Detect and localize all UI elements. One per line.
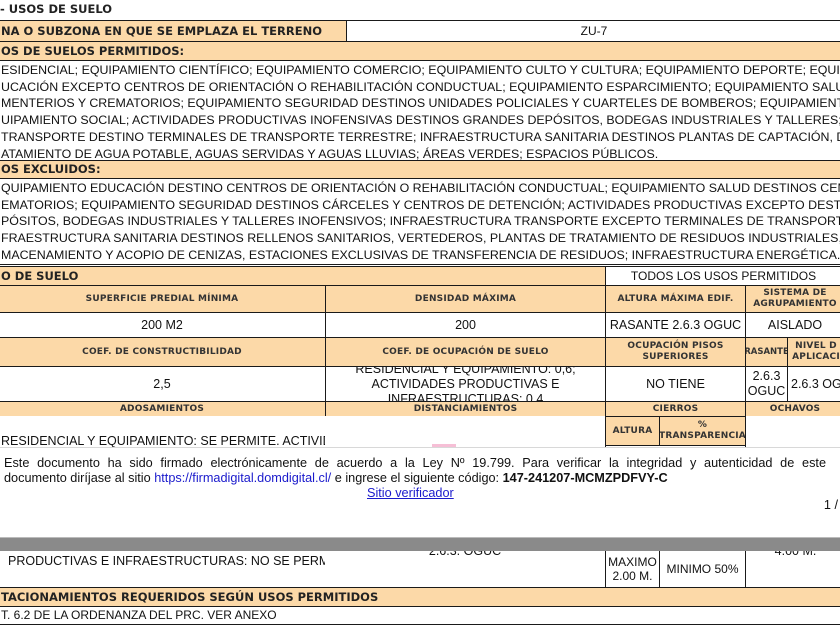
zone-label-cell: NA O SUBZONA EN QUE SE EMPLAZA EL TERREN… (0, 20, 347, 42)
header-ochavos: OCHAVOS (745, 401, 840, 417)
value-cierros-transparencia: MINIMO 50% (659, 551, 746, 588)
section-title: - USOS DE SUELO (0, 2, 112, 18)
value-min-lot: 200 M2 (0, 312, 326, 338)
header-cierros-transparencia: % TRANSPARENCIA (659, 416, 746, 446)
excluded-uses-cell: QUIPAMIENTO EDUCACIÓN DESTINO CENTROS DE… (0, 178, 840, 265)
header-upper-floors: OCUPACIÓN PISOS SUPERIORES (605, 337, 746, 367)
value-distanciamientos: 2.6.3. OGUC (325, 551, 605, 559)
page-indicator: 1 / (824, 498, 838, 512)
signature-line-1: Este documento ha sido firmado electróni… (4, 456, 826, 471)
excluded-uses-line: FRAESTRUCTURA SANITARIA DESTINOS RELLENO… (1, 230, 840, 247)
parking-header-cell: TACIONAMIENTOS REQUERIDOS SEGÚN USOS PER… (0, 587, 840, 607)
header-rasante: RASANTE (745, 337, 788, 367)
verifier-link[interactable]: Sitio verificador (367, 486, 454, 500)
permitted-header-cell: OS DE SUELOS PERMITIDOS: (0, 41, 840, 61)
value-constructibility: 2,5 (0, 366, 326, 402)
excluded-uses-line: MACENAMIENTO Y ACOPIO DE CENIZAS, ESTACI… (1, 247, 840, 264)
excluded-uses-line: QUIPAMIENTO EDUCACIÓN DESTINO CENTROS DE… (1, 180, 840, 197)
adosamientos-cell-bottom: PRODUCTIVAS E INFRAESTRUCTURAS: NO SE PE… (0, 551, 326, 588)
permitted-header: OS DE SUELOS PERMITIDOS: (0, 42, 840, 59)
value-adosamientos-bottom: PRODUCTIVAS E INFRAESTRUCTURAS: NO SE PE… (8, 554, 349, 569)
value-level: 2.6.3 OG (787, 366, 840, 402)
value-max-height: RASANTE 2.6.3 OGUC (605, 312, 746, 338)
value-occupation: RESIDENCIAL Y EQUIPAMIENTO: 0,6; ACTIVID… (325, 366, 606, 402)
parking-value-cell: T. 6.2 DE LA ORDENANZA DEL PRC. VER ANEX… (0, 606, 840, 625)
header-grouping: SISTEMA DE AGRUPAMIENTO (745, 285, 840, 313)
value-grouping: AISLADO (745, 312, 840, 338)
value-ochavos: 4.00 M. (746, 551, 840, 559)
firmadigital-link[interactable]: https://firmadigital.domdigital.cl/ (154, 471, 331, 485)
land-use-header-cell: O DE SUELO (0, 266, 606, 286)
header-max-height: ALTURA MÁXIMA EDIF. (605, 285, 746, 313)
page-separator (0, 537, 840, 552)
land-use-header: O DE SUELO (0, 267, 605, 284)
signature-line-2-prefix: documento diríjase al sitio (4, 471, 154, 485)
permitted-uses-line: MENTERIOS Y CREMATORIOS; EQUIPAMIENTO SE… (1, 95, 840, 112)
header-level: NIVEL D APLICACI (787, 337, 840, 367)
header-max-density: DENSIDAD MÁXIMA (325, 285, 606, 313)
signature-notice: Este documento ha sido firmado electróni… (0, 447, 840, 541)
permitted-uses-cell: ESIDENCIAL; EQUIPAMIENTO CIENTÍFICO; EQU… (0, 60, 840, 161)
header-cierros-altura: ALTURA (605, 416, 660, 446)
header-adosamientos: ADOSAMIENTOS (0, 401, 326, 417)
value-cierros-altura: MAXIMO 2.00 M. (605, 551, 660, 588)
permitted-uses-line: UCACIÓN EXCEPTO CENTROS DE ORIENTACIÓN O… (1, 79, 840, 96)
permitted-uses-line: UIPAMIENTO SOCIAL; ACTIVIDADES PRODUCTIV… (1, 112, 840, 129)
header-occupation: COEF. DE OCUPACIÓN DE SUELO (325, 337, 606, 367)
parking-value: T. 6.2 DE LA ORDENANZA DEL PRC. VER ANEX… (1, 608, 277, 623)
excluded-uses-line: PÓSITOS, BODEGAS INDUSTRIALES Y TALLERES… (1, 213, 840, 230)
header-constructibility: COEF. DE CONSTRUCTIBILIDAD (0, 337, 326, 367)
permitted-uses-line: ESIDENCIAL; EQUIPAMIENTO CIENTÍFICO; EQU… (1, 62, 840, 79)
land-use-scope: TODOS LOS USOS PERMITIDOS (605, 266, 840, 286)
value-upper-floors: NO TIENE (605, 366, 746, 402)
ochavos-cell-bottom: 4.00 M. (745, 551, 840, 588)
excluded-uses-line: EMATORIOS; EQUIPAMIENTO SEGURIDAD DESTIN… (1, 197, 840, 214)
header-distanciamientos: DISTANCIAMIENTOS (325, 401, 606, 417)
value-max-density: 200 (325, 312, 606, 338)
header-min-lot: SUPERFICIE PREDIAL MÍNIMA (0, 285, 326, 313)
parking-header: TACIONAMIENTOS REQUERIDOS SEGÚN USOS PER… (0, 588, 840, 605)
distanciamientos-cell-bottom: 2.6.3. OGUC (325, 551, 606, 588)
zone-value: ZU-7 (346, 20, 840, 42)
signature-line-2-middle: e ingrese el siguiente código: (331, 471, 502, 485)
document-page: - USOS DE SUELO NA O SUBZONA EN QUE SE E… (0, 0, 840, 630)
permitted-uses-line: TRANSPORTE DESTINO TERMINALES DE TRANSPO… (1, 129, 840, 146)
permitted-uses-text: ESIDENCIAL; EQUIPAMIENTO CIENTÍFICO; EQU… (1, 62, 840, 162)
excluded-header-cell: OS EXCLUIDOS: (0, 160, 840, 179)
value-rasante: 2.6.3 OGUC (745, 366, 788, 402)
verification-code: 147-241207-MCMZPDFVY-C (503, 471, 668, 485)
excluded-header: OS EXCLUIDOS: (0, 161, 840, 177)
zone-label: NA O SUBZONA EN QUE SE EMPLAZA EL TERREN… (0, 21, 346, 40)
excluded-uses-text: QUIPAMIENTO EDUCACIÓN DESTINO CENTROS DE… (1, 180, 840, 264)
header-cierros: CIERROS (605, 401, 746, 417)
